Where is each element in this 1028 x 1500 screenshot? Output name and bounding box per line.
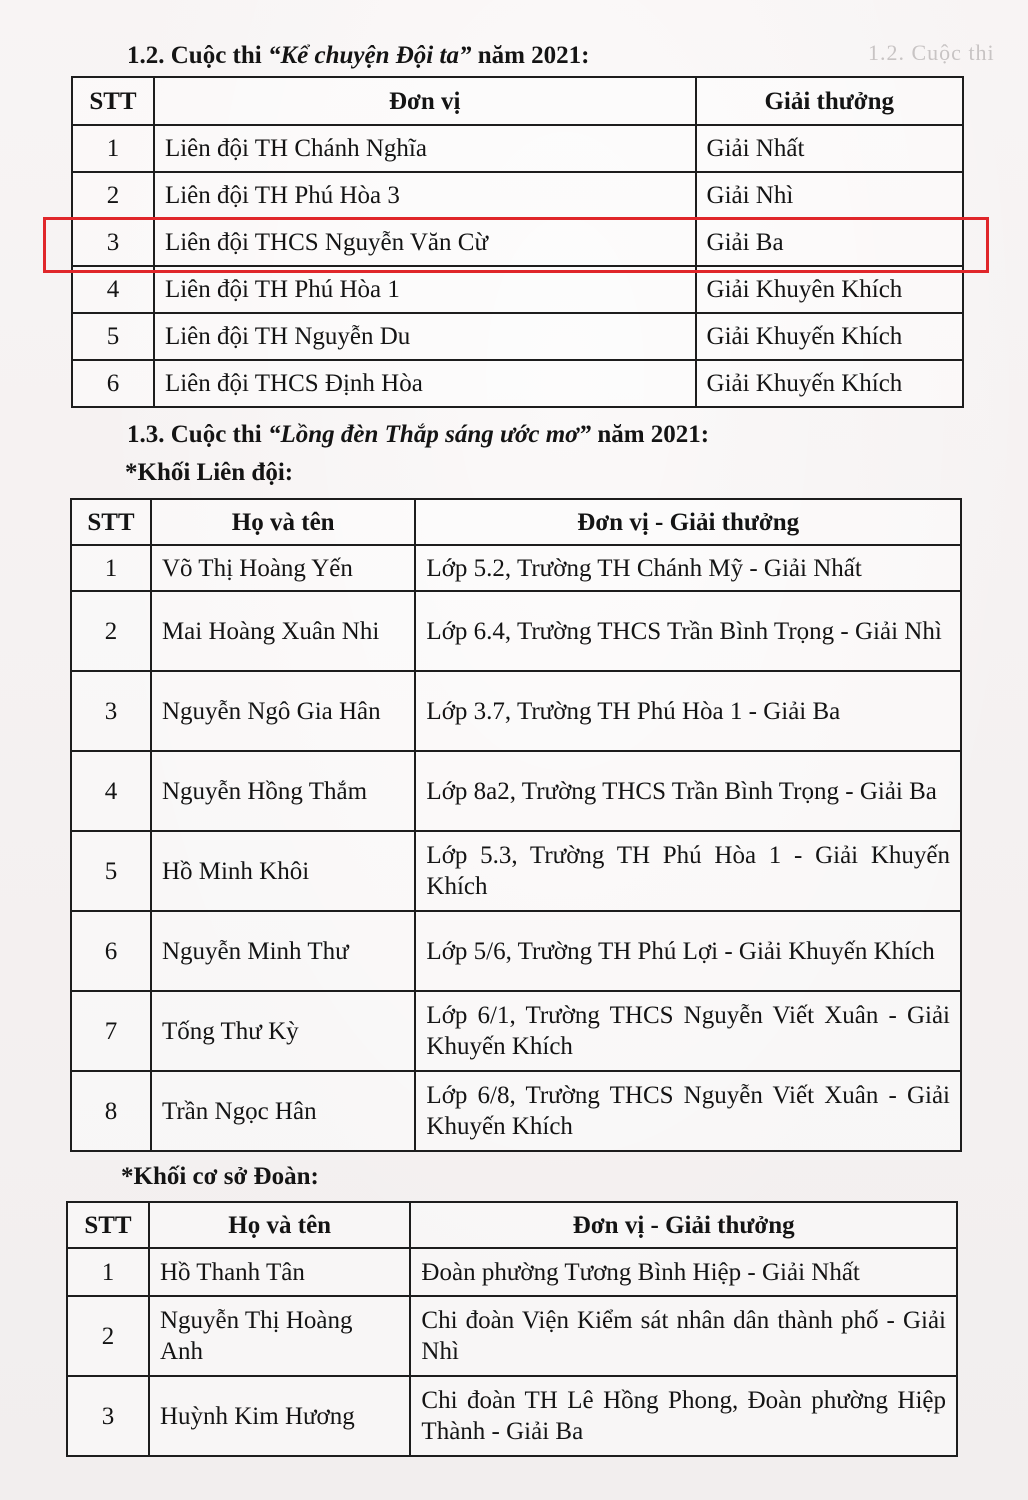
cell-stt: 2 [67,1296,149,1376]
column-header-giai-thuong: Giải thưởng [696,77,963,125]
cell-unit-prize: Lớp 6/8, Trường THCS Nguyễn Viết Xuân - … [415,1071,961,1151]
contest-title: “Kể chuyện Đội ta” [268,42,471,69]
cell-prize: Giải Ba [696,219,963,266]
column-header-stt: STT [67,1202,149,1248]
table-row: 5Liên đội TH Nguyễn DuGiải Khuyến Khích [72,313,963,360]
cell-unit-prize: Lớp 5.2, Trường TH Chánh Mỹ - Giải Nhất [415,545,961,591]
table-ke-chuyen-doi-ta: STT Đơn vị Giải thưởng 1Liên đội TH Chán… [71,76,964,408]
cell-stt: 6 [71,911,151,991]
cell-name: Nguyễn Minh Thư [151,911,415,991]
cell-name: Mai Hoàng Xuân Nhi [151,591,415,671]
cell-unit: Liên đội THCS Nguyễn Văn Cừ [154,219,696,266]
cell-prize: Giải Khuyến Khích [696,360,963,407]
cell-stt: 5 [72,313,154,360]
heading-prefix: 1.2. Cuộc thi [127,42,268,69]
cell-unit: Liên đội TH Chánh Nghĩa [154,125,696,172]
cell-name: Tống Thư Kỳ [151,991,415,1071]
table-header-row: STT Đơn vị Giải thưởng [72,77,963,125]
group-label-co-so-doan: *Khối cơ sở Đoàn: [121,1163,319,1191]
cell-unit: Liên đội TH Phú Hòa 1 [154,266,696,313]
cell-prize: Giải Khuyến Khích [696,313,963,360]
cell-name: Võ Thị Hoàng Yến [151,545,415,591]
section-1-2-heading: 1.2. Cuộc thi “Kể chuyện Đội ta” năm 202… [127,42,590,70]
table-header-row: STT Họ và tên Đơn vị - Giải thưởng [67,1202,957,1248]
table-row: 1Võ Thị Hoàng YếnLớp 5.2, Trường TH Chán… [71,545,961,591]
table-row: 6Liên đội THCS Định HòaGiải Khuyến Khích [72,360,963,407]
column-header-don-vi-giai-thuong: Đơn vị - Giải thưởng [415,499,961,545]
column-header-ho-va-ten: Họ và tên [149,1202,410,1248]
column-header-stt: STT [72,77,154,125]
cell-unit: Liên đội TH Nguyễn Du [154,313,696,360]
cell-name: Nguyễn Ngô Gia Hân [151,671,415,751]
table-row: 4Nguyễn Hồng ThắmLớp 8a2, Trường THCS Tr… [71,751,961,831]
cell-name: Huỳnh Kim Hương [149,1376,410,1456]
table-row: 1Liên đội TH Chánh NghĩaGiải Nhất [72,125,963,172]
cell-stt: 8 [71,1071,151,1151]
bleed-through-text: 1.2. Cuộc thi [868,40,995,66]
table-row: 3Liên đội THCS Nguyễn Văn CừGiải Ba [72,219,963,266]
table-row: 1Hồ Thanh TânĐoàn phường Tương Bình Hiệp… [67,1248,957,1296]
cell-unit-prize: Chi đoàn Viện Kiểm sát nhân dân thành ph… [410,1296,957,1376]
cell-stt: 1 [71,545,151,591]
table-row: 3Nguyễn Ngô Gia HânLớp 3.7, Trường TH Ph… [71,671,961,751]
heading-suffix: năm 2021: [471,42,589,69]
cell-stt: 1 [72,125,154,172]
table-row: 2Nguyễn Thị Hoàng AnhChi đoàn Viện Kiểm … [67,1296,957,1376]
cell-name: Nguyễn Hồng Thắm [151,751,415,831]
table-header-row: STT Họ và tên Đơn vị - Giải thưởng [71,499,961,545]
cell-stt: 6 [72,360,154,407]
table-khoi-co-so-doan: STT Họ và tên Đơn vị - Giải thưởng 1Hồ T… [66,1201,958,1457]
cell-unit-prize: Lớp 6/1, Trường THCS Nguyễn Viết Xuân - … [415,991,961,1071]
section-1-3-heading: 1.3. Cuộc thi “Lồng đèn Thắp sáng ước mơ… [127,421,709,449]
column-header-don-vi: Đơn vị [154,77,696,125]
cell-unit-prize: Lớp 3.7, Trường TH Phú Hòa 1 - Giải Ba [415,671,961,751]
cell-unit-prize: Lớp 8a2, Trường THCS Trần Bình Trọng - G… [415,751,961,831]
cell-name: Hồ Minh Khôi [151,831,415,911]
cell-unit: Liên đội TH Phú Hòa 3 [154,172,696,219]
cell-stt: 2 [72,172,154,219]
cell-stt: 4 [71,751,151,831]
cell-name: Hồ Thanh Tân [149,1248,410,1296]
cell-unit-prize: Lớp 5.3, Trường TH Phú Hòa 1 - Giải Khuy… [415,831,961,911]
column-header-don-vi-giai-thuong: Đơn vị - Giải thưởng [410,1202,957,1248]
cell-unit-prize: Lớp 6.4, Trường THCS Trần Bình Trọng - G… [415,591,961,671]
cell-unit-prize: Đoàn phường Tương Bình Hiệp - Giải Nhất [410,1248,957,1296]
cell-stt: 3 [71,671,151,751]
cell-name: Trần Ngọc Hân [151,1071,415,1151]
table-row: 7Tống Thư KỳLớp 6/1, Trường THCS Nguyễn … [71,991,961,1071]
cell-prize: Giải Nhì [696,172,963,219]
cell-stt: 7 [71,991,151,1071]
table-row: 3Huỳnh Kim HươngChi đoàn TH Lê Hồng Phon… [67,1376,957,1456]
table-row: 4Liên đội TH Phú Hòa 1Giải Khuyên Khích [72,266,963,313]
cell-name: Nguyễn Thị Hoàng Anh [149,1296,410,1376]
heading-suffix: năm 2021: [591,421,709,448]
column-header-stt: STT [71,499,151,545]
heading-prefix: 1.3. Cuộc thi [127,421,268,448]
cell-unit-prize: Chi đoàn TH Lê Hồng Phong, Đoàn phường H… [410,1376,957,1456]
table-row: 2Mai Hoàng Xuân NhiLớp 6.4, Trường THCS … [71,591,961,671]
table-khoi-lien-doi: STT Họ và tên Đơn vị - Giải thưởng 1Võ T… [70,498,962,1152]
table-row: 6Nguyễn Minh ThưLớp 5/6, Trường TH Phú L… [71,911,961,991]
group-label-lien-doi: *Khối Liên đội: [125,459,293,487]
cell-prize: Giải Nhất [696,125,963,172]
column-header-ho-va-ten: Họ và tên [151,499,415,545]
cell-unit-prize: Lớp 5/6, Trường TH Phú Lợi - Giải Khuyến… [415,911,961,991]
cell-stt: 4 [72,266,154,313]
cell-stt: 2 [71,591,151,671]
table-row: 8Trần Ngọc HânLớp 6/8, Trường THCS Nguyễ… [71,1071,961,1151]
cell-stt: 3 [72,219,154,266]
cell-stt: 3 [67,1376,149,1456]
cell-unit: Liên đội THCS Định Hòa [154,360,696,407]
table-row: 5Hồ Minh KhôiLớp 5.3, Trường TH Phú Hòa … [71,831,961,911]
cell-stt: 1 [67,1248,149,1296]
contest-title: “Lồng đèn Thắp sáng ước mơ” [268,421,591,448]
cell-prize: Giải Khuyên Khích [696,266,963,313]
table-row: 2Liên đội TH Phú Hòa 3Giải Nhì [72,172,963,219]
cell-stt: 5 [71,831,151,911]
